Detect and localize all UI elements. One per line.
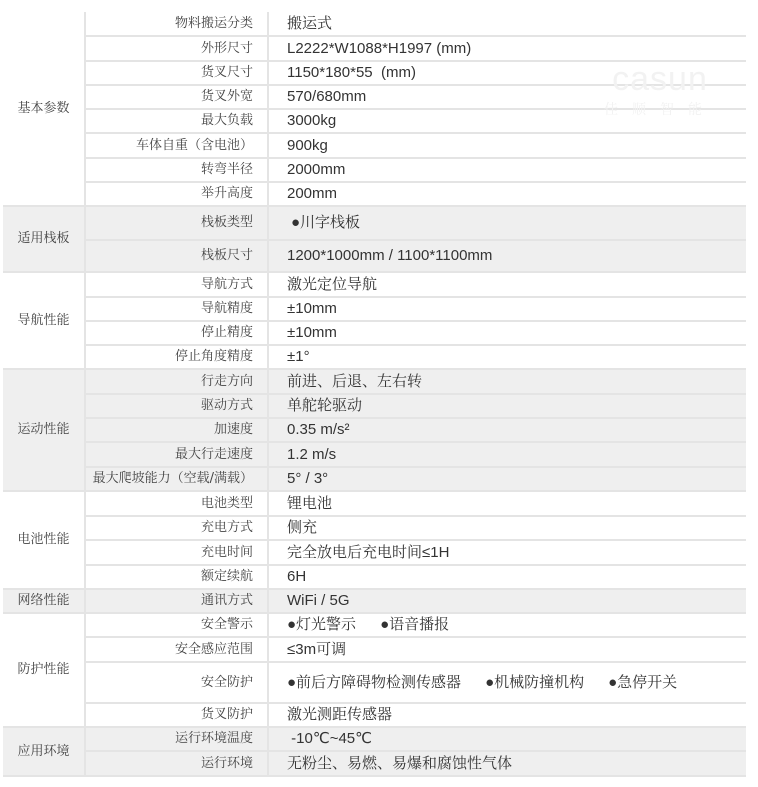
spec-row: 应用环境运行环境温度 -10℃~45℃ [3,727,746,751]
spec-label: 充电时间 [85,540,268,565]
spec-label: 额定续航 [85,565,268,589]
spec-row: 运行环境无粉尘、易燃、易爆和腐蚀性气体 [3,751,746,776]
spec-row: 网络性能通讯方式WiFi / 5G [3,589,746,613]
spec-row: 安全感应范围≤3m可调 [3,637,746,662]
spec-value: 完全放电后充电时间≤1H [268,540,746,565]
spec-value: 570/680mm [268,85,746,109]
spec-row: 栈板尺寸1200*1000mm / 1100*1100mm [3,240,746,272]
spec-row: 运动性能行走方向前进、后退、左右转 [3,369,746,394]
spec-value: ≤3m可调 [268,637,746,662]
spec-label: 导航精度 [85,297,268,321]
spec-row: 基本参数物料搬运分类搬运式 [3,12,746,36]
spec-row: 车体自重（含电池）900kg [3,133,746,158]
spec-value: 200mm [268,182,746,206]
spec-row: 电池性能电池类型锂电池 [3,491,746,516]
spec-label: 通讯方式 [85,589,268,613]
spec-label: 导航方式 [85,272,268,297]
spec-value: 0.35 m/s² [268,418,746,442]
spec-value: 单舵轮驱动 [268,394,746,418]
spec-label: 栈板类型 [85,206,268,240]
spec-label: 货叉尺寸 [85,61,268,85]
spec-value: ●前后方障碍物检测传感器●机械防撞机构●急停开关 [268,662,746,703]
spec-label: 充电方式 [85,516,268,540]
spec-row: 外形尺寸L2222*W1088*H1997 (mm) [3,36,746,61]
section-group-label: 适用栈板 [3,206,85,272]
spec-value: L2222*W1088*H1997 (mm) [268,36,746,61]
spec-row: 货叉外宽570/680mm [3,85,746,109]
spec-label: 最大行走速度 [85,442,268,467]
spec-label: 车体自重（含电池） [85,133,268,158]
spec-value: 激光定位导航 [268,272,746,297]
spec-row: 安全防护●前后方障碍物检测传感器●机械防撞机构●急停开关 [3,662,746,703]
spec-value: ●川字栈板 [268,206,746,240]
spec-value: 6H [268,565,746,589]
spec-label: 安全感应范围 [85,637,268,662]
section-group-label: 防护性能 [3,613,85,727]
spec-row: 举升高度200mm [3,182,746,206]
section-group-label: 电池性能 [3,491,85,589]
spec-row: 防护性能安全警示●灯光警示●语音播报 [3,613,746,637]
spec-row: 驱动方式单舵轮驱动 [3,394,746,418]
spec-label: 物料搬运分类 [85,12,268,36]
spec-row: 货叉尺寸1150*180*55 (mm) [3,61,746,85]
section-group-label: 运动性能 [3,369,85,491]
spec-label: 栈板尺寸 [85,240,268,272]
bullet-item: ●语音播报 [380,617,449,633]
spec-row: 最大爬坡能力（空载/满载）5° / 3° [3,467,746,491]
spec-label: 转弯半径 [85,158,268,182]
spec-value: ●灯光警示●语音播报 [268,613,746,637]
spec-value: 无粉尘、易燃、易爆和腐蚀性气体 [268,751,746,776]
section-group-label: 导航性能 [3,272,85,369]
spec-label: 驱动方式 [85,394,268,418]
spec-value: 前进、后退、左右转 [268,369,746,394]
spec-value: 搬运式 [268,12,746,36]
spec-table-body: 基本参数物料搬运分类搬运式外形尺寸L2222*W1088*H1997 (mm)货… [3,12,746,776]
spec-row: 充电方式侧充 [3,516,746,540]
spec-label: 举升高度 [85,182,268,206]
spec-label: 安全防护 [85,662,268,703]
spec-label: 运行环境 [85,751,268,776]
spec-row: 加速度0.35 m/s² [3,418,746,442]
spec-row: 停止精度±10mm [3,321,746,345]
spec-value: 1150*180*55 (mm) [268,61,746,85]
spec-table: 基本参数物料搬运分类搬运式外形尺寸L2222*W1088*H1997 (mm)货… [3,12,746,777]
spec-value: 1.2 m/s [268,442,746,467]
spec-value: ±10mm [268,297,746,321]
bullet-item: ●川字栈板 [291,215,360,231]
spec-label: 电池类型 [85,491,268,516]
bullet-item: ●前后方障碍物检测传感器 [287,675,461,691]
spec-label: 外形尺寸 [85,36,268,61]
spec-value: 侧充 [268,516,746,540]
spec-value: WiFi / 5G [268,589,746,613]
spec-label: 行走方向 [85,369,268,394]
spec-value: 1200*1000mm / 1100*1100mm [268,240,746,272]
section-group-label: 应用环境 [3,727,85,776]
spec-row: 充电时间完全放电后充电时间≤1H [3,540,746,565]
spec-row: 最大负载3000kg [3,109,746,133]
spec-label: 货叉防护 [85,703,268,727]
spec-value: -10℃~45℃ [268,727,746,751]
spec-row: 额定续航6H [3,565,746,589]
section-group-label: 基本参数 [3,12,85,206]
spec-value: 2000mm [268,158,746,182]
spec-label: 加速度 [85,418,268,442]
spec-label: 最大爬坡能力（空载/满载） [85,467,268,491]
spec-row: 最大行走速度1.2 m/s [3,442,746,467]
spec-label: 运行环境温度 [85,727,268,751]
bullet-item: ●急停开关 [608,675,677,691]
bullet-item: ●机械防撞机构 [485,675,584,691]
spec-value: 5° / 3° [268,467,746,491]
section-group-label: 网络性能 [3,589,85,613]
spec-value: 锂电池 [268,491,746,516]
spec-value: ±1° [268,345,746,369]
spec-row: 适用栈板栈板类型●川字栈板 [3,206,746,240]
bullet-item: ●灯光警示 [287,617,356,633]
spec-row: 停止角度精度±1° [3,345,746,369]
spec-value: ±10mm [268,321,746,345]
spec-label: 安全警示 [85,613,268,637]
spec-value: 900kg [268,133,746,158]
spec-row: 货叉防护激光测距传感器 [3,703,746,727]
spec-value: 激光测距传感器 [268,703,746,727]
spec-label: 停止精度 [85,321,268,345]
spec-row: 导航精度±10mm [3,297,746,321]
spec-row: 导航性能导航方式激光定位导航 [3,272,746,297]
spec-label: 最大负载 [85,109,268,133]
spec-value: 3000kg [268,109,746,133]
spec-label: 停止角度精度 [85,345,268,369]
spec-row: 转弯半径2000mm [3,158,746,182]
spec-label: 货叉外宽 [85,85,268,109]
